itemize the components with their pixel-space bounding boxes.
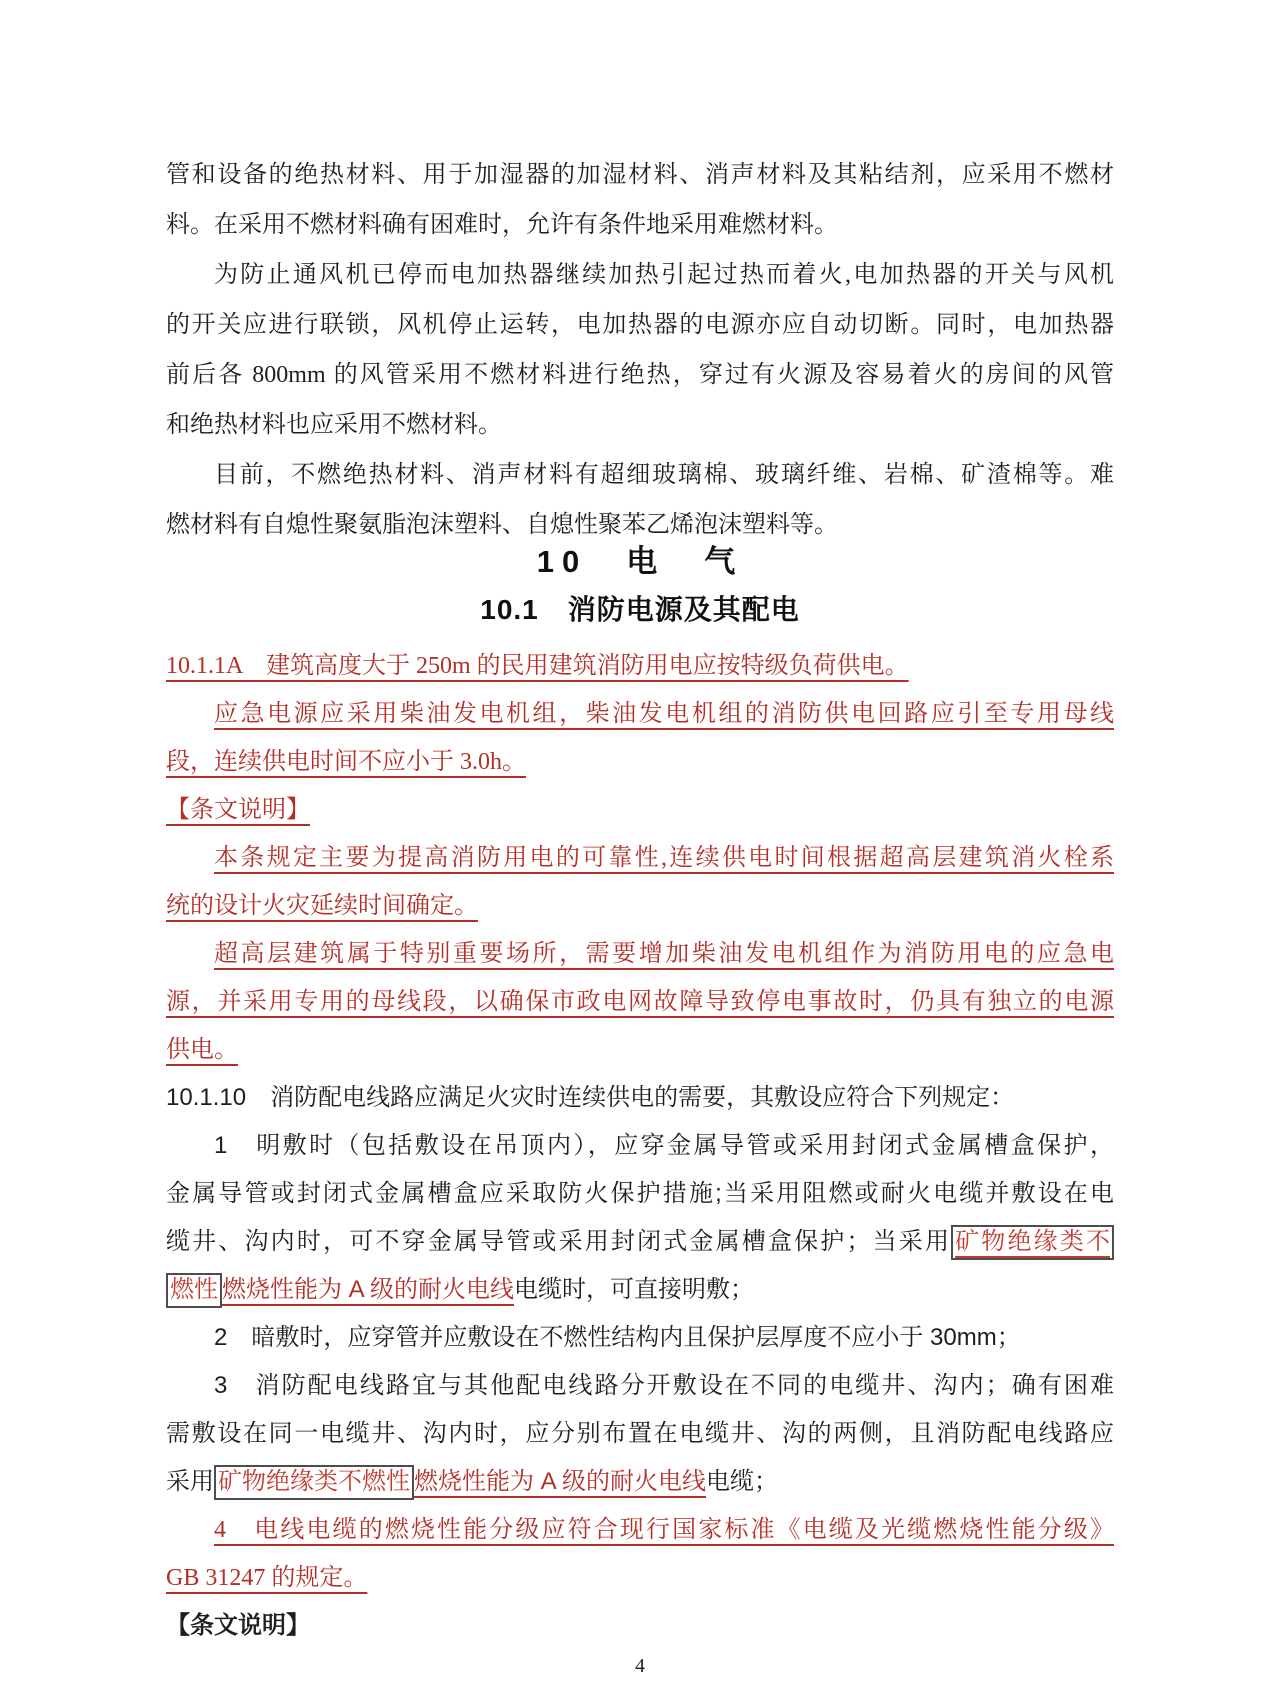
item3-black-text: 采用 xyxy=(166,1468,214,1495)
commentary-label-red: 【条文说明】 xyxy=(166,786,1114,834)
commentary-label-black: 【条文说明】 xyxy=(166,1602,1114,1650)
item1-black-text: 电缆时，可直接明敷； xyxy=(514,1276,754,1303)
document-page: 管和设备的绝热材料、用于加湿器的加湿材料、消声材料及其粘结剂，应采用不燃材 料。… xyxy=(166,150,1114,1650)
boxed-insertion-text: 矿物绝缘类不燃性 xyxy=(214,1465,414,1500)
paragraph-line: 为防止通风机已停而电加热器继续加热引起过热而着火,电加热器的开关与风机 xyxy=(166,250,1114,300)
boxed-insertion-text: 矿物绝缘类不 xyxy=(951,1225,1114,1260)
clause-10-1-1A-line: 段，连续供电时间不应小于 3.0h。 xyxy=(166,738,1114,786)
paragraph-line: 目前，不燃绝热材料、消声材料有超细玻璃棉、玻璃纤维、岩棉、矿渣棉等。难 xyxy=(166,450,1114,500)
clause-10-1-10-item2-line: 2 暗敷时，应穿管并应敷设在不燃性结构内且保护层厚度不应小于 30mm； xyxy=(166,1314,1114,1362)
paragraph-line: 前后各 800mm 的风管采用不燃材料进行绝热，穿过有火源及容易着火的房间的风管 xyxy=(166,350,1114,400)
clause-10-1-1A-line: 应急电源应采用柴油发电机组，柴油发电机组的消防供电回路应引至专用母线 xyxy=(166,690,1114,738)
clause-10-1-10-item1-line: 燃性燃烧性能为 A 级的耐火电线电缆时，可直接明敷； xyxy=(166,1266,1114,1314)
clause-10-1-10-item1-line: 1 明敷时（包括敷设在吊顶内），应穿金属导管或采用封闭式金属槽盒保护， xyxy=(166,1122,1114,1170)
clause-10-1-10-item1-line: 金属导管或封闭式金属槽盒应采取防火保护措施;当采用阻燃或耐火电缆并敷设在电 xyxy=(166,1170,1114,1218)
clause-10-1-10-item4-line: 4 电线电缆的燃烧性能分级应符合现行国家标准《电缆及光缆燃烧性能分级》 xyxy=(166,1506,1114,1554)
boxed-insertion-text: 燃性 xyxy=(166,1273,222,1308)
clause-10-1-10-item3-line: 需敷设在同一电缆井、沟内时，应分别布置在电缆井、沟的两侧，且消防配电线路应 xyxy=(166,1410,1114,1458)
paragraph-line: 管和设备的绝热材料、用于加湿器的加湿材料、消声材料及其粘结剂，应采用不燃材 xyxy=(166,150,1114,200)
clause-10-1-10-item1-line: 缆井、沟内时，可不穿金属导管或采用封闭式金属槽盒保护；当采用矿物绝缘类不 xyxy=(166,1218,1114,1266)
commentary-line: 统的设计火灾延续时间确定。 xyxy=(166,882,1114,930)
body-paragraphs: 管和设备的绝热材料、用于加湿器的加湿材料、消声材料及其粘结剂，应采用不燃材 料。… xyxy=(166,150,1114,550)
paragraph-line: 和绝热材料也应采用不燃材料。 xyxy=(166,400,1114,450)
section-heading: 10.1 消防电源及其配电 xyxy=(166,586,1114,634)
clause-10-1-10-item3-line: 3 消防配电线路宜与其他配电线路分开敷设在不同的电缆井、沟内；确有困难 xyxy=(166,1362,1114,1410)
page-number: 4 xyxy=(0,1655,1280,1678)
red-underlined-text: 燃烧性能为 A 级的耐火电线 xyxy=(222,1276,514,1303)
clauses-block: 10.1.1A 建筑高度大于 250m 的民用建筑消防用电应按特级负荷供电。 应… xyxy=(166,642,1114,1650)
commentary-line: 本条规定主要为提高消防用电的可靠性,连续供电时间根据超高层建筑消火栓系 xyxy=(166,834,1114,882)
clause-10-1-1A-line: 10.1.1A 建筑高度大于 250m 的民用建筑消防用电应按特级负荷供电。 xyxy=(166,642,1114,690)
clause-10-1-10-intro: 10.1.10 消防配电线路应满足火灾时连续供电的需要，其敷设应符合下列规定： xyxy=(166,1074,1114,1122)
clause-10-1-10-item3-line: 采用矿物绝缘类不燃性燃烧性能为 A 级的耐火电线电缆； xyxy=(166,1458,1114,1506)
red-underlined-text: 燃烧性能为 A 级的耐火电线 xyxy=(414,1468,706,1495)
item3-black-text: 电缆； xyxy=(706,1468,778,1495)
commentary-line: 超高层建筑属于特别重要场所，需要增加柴油发电机组作为消防用电的应急电 xyxy=(166,930,1114,978)
commentary-line: 源，并采用专用的母线段，以确保市政电网故障导致停电事故时，仍具有独立的电源 xyxy=(166,978,1114,1026)
paragraph-line: 的开关应进行联锁，风机停止运转，电加热器的电源亦应自动切断。同时，电加热器 xyxy=(166,300,1114,350)
clause-10-1-10-item4-line: GB 31247 的规定。 xyxy=(166,1554,1114,1602)
commentary-line: 供电。 xyxy=(166,1026,1114,1074)
paragraph-line: 料。在采用不燃材料确有困难时，允许有条件地采用难燃材料。 xyxy=(166,200,1114,250)
item1-black-text: 缆井、沟内时，可不穿金属导管或采用封闭式金属槽盒保护；当采用 xyxy=(166,1228,951,1255)
